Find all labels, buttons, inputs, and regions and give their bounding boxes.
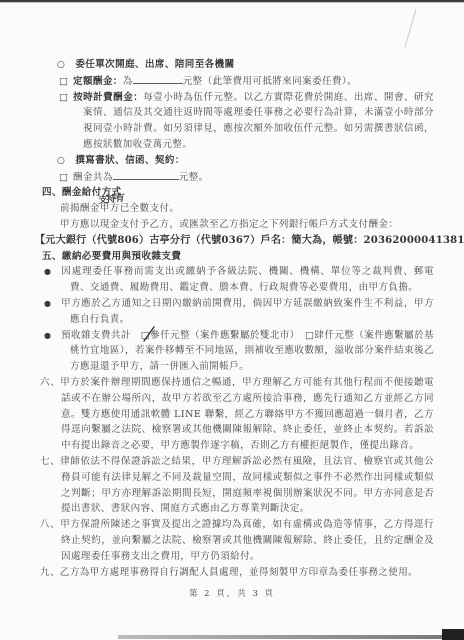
scan-artifact-corner-block [442, 629, 464, 640]
fee-option-group-title: 撰寫書狀、信函、契約： [75, 155, 184, 166]
fixed-fee-label: 定額酬金： [73, 76, 123, 87]
checkbox-icon: □ [305, 330, 314, 341]
handwritten-check-mark [142, 328, 156, 342]
section8-text: 甲方保證所陳述之事實及提出之證據均為真確，如有虛構或偽造等情事，乙方得逕行終止契… [60, 519, 434, 562]
fee-option-group-documents: ○撰寫書狀、信函、契約： [40, 153, 434, 170]
lump-fee-pre-text: 酬金共為 [73, 172, 113, 183]
scan-artifact-top-edge-soft [0, 2, 464, 3]
lump-fee-option: □酬金共為元整。 [40, 170, 434, 186]
section9-clause: 九、乙方為甲方處理事務得自行調配人員處理，並得刻製甲方印章為委任事務之使用。 [40, 565, 434, 581]
misc-fee-option1-text: 參仟元整（案件應繫屬於雙北市） [150, 330, 305, 341]
scan-artifact-scratch [405, 9, 417, 48]
section6-clause: 六、甲方於案件辦理期間應保持通信之暢通，甲方理解乙方可能有其他行程而不便接聽電話… [40, 375, 434, 454]
bullet2-text: 甲方應於乙方通知之日期內繳納前開費用，倘因甲方延誤繳納致案件生不利益，甲方應自行… [61, 298, 434, 325]
fill-in-blank-amount [113, 171, 179, 180]
scanned-contract-page: ○委任單次開庭、出席、陪同至各機關 □定額酬金：為元整（此筆費用可抵將來同案委任… [0, 0, 464, 640]
section5-bullet-court-costs: ●因處理委任事務而需支出或繳納予各級法院、機關、機構、單位等之裁判費、郵電費、交… [40, 264, 434, 296]
hourly-fee-label: 按時計費酬金： [73, 92, 143, 103]
handwritten-note: 支持有 [98, 191, 124, 210]
section9-text: 乙方為甲方處理事務得自行調配人員處理，並得刻製甲方印章為委任事務之使用。 [60, 567, 418, 578]
section6-text: 甲方於案件辦理期間應保持通信之暢通，甲方理解乙方可能有其他行程而不便接聽電話或不… [60, 377, 434, 451]
bank-account-line: 【元大銀行（代號806）古亭分行（代號0367）戶名：簡大為，帳號：203620… [35, 233, 434, 249]
misc-fee-pre-text: 預收雜支費共計 [61, 330, 141, 341]
section5-heading: 五、繳納必要費用與預收雜支費 [40, 249, 434, 265]
scan-artifact-bottom-edge [118, 635, 464, 639]
radio-circle-icon: ○ [57, 154, 65, 170]
paid-pre-text: 前揭酬金 [60, 203, 100, 214]
fixed-fee-option: □定額酬金：為元整（此筆費用可抵將來同案委任費）。 [40, 74, 434, 90]
misc-fee-checkbox-taipei: □ [141, 328, 150, 344]
fixed-fee-post-text: 元整（此筆費用可抵將來同案委任費）。 [183, 76, 357, 87]
section5-bullet-deadline: ●甲方應於乙方通知之日期內繳納前開費用，倘因甲方延誤繳納致案件生不利益，甲方應自… [40, 296, 434, 328]
section9-number: 九、 [40, 567, 60, 578]
section4-paragraph-payment-method: 甲方應以現金支付予乙方，或匯款至乙方指定之下列銀行帳戶方式支付酬金： [40, 217, 434, 233]
lump-fee-post-text: 元整。 [179, 172, 209, 183]
fixed-fee-pre-text: 為 [123, 76, 133, 87]
contract-body: ○委任單次開庭、出席、陪同至各機關 □定額酬金：為元整（此筆費用可抵將來同案委任… [40, 57, 434, 580]
page-number-footer: 第 2 頁，共 3 頁 [0, 587, 464, 599]
fee-option-group-title: 委任單次開庭、出席、陪同至各機關 [75, 59, 234, 70]
hourly-fee-option: □按時計費酬金：每壹小時為伍仟元整。以乙方實際花費於開庭、出席、開會、研究案情、… [40, 90, 434, 153]
section7-number: 七、 [40, 456, 60, 467]
section5-bullet-misc-fee: ●預收雜支費共計 □參仟元整（案件應繫屬於雙北市） □肆仟元整（案件應繫屬於基桃… [40, 328, 434, 375]
radio-circle-icon: ○ [57, 58, 65, 74]
misc-fee-checkbox-other: □ [305, 328, 314, 344]
section6-number: 六、 [40, 377, 60, 388]
fee-option-group-appearance: ○委任單次開庭、出席、陪同至各機關 [40, 57, 434, 74]
fill-in-blank-amount [133, 75, 183, 84]
bullet1-text: 因處理委任事務而需支出或繳納予各級法院、機關、機構、單位等之裁判費、郵電費、交通… [61, 266, 434, 293]
section8-number: 八、 [40, 519, 60, 530]
section4-paragraph-paid: 前揭酬金支持有甲方已全數支付。 [40, 201, 434, 217]
section7-clause: 七、律師依法不得保證訴訟之結果，甲方理解訴訟必然有風險，且法官、檢察官或其他公務… [40, 454, 434, 517]
section7-text: 律師依法不得保證訴訟之結果，甲方理解訴訟必然有風險，且法官、檢察官或其他公務員可… [60, 456, 434, 514]
section8-clause: 八、甲方保證所陳述之事實及提出之證據均為真確，如有虛構或偽造等情事，乙方得逕行終… [40, 517, 434, 564]
